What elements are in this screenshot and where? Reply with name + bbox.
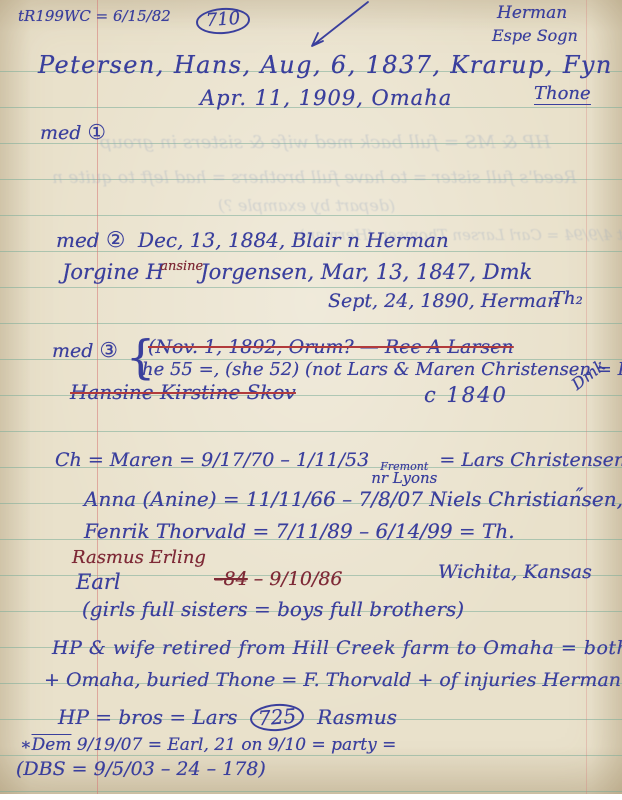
note-brothers-line: HP = bros = Lars 725 Rasmus	[58, 704, 397, 731]
circled-1: ①	[87, 120, 105, 144]
ghost-bleedthrough-line: Reed's full sister = to have full brothe…	[52, 168, 577, 188]
note-retired-line: HP & wife retired from Hill Creek farm t…	[52, 638, 622, 660]
earl-name-correction: Rasmus Erling	[72, 548, 206, 569]
child-anna-line: Anna (Anine) = 11/11/66 – 7/8/07 Niels C…	[84, 488, 622, 511]
arrow-annotation	[300, 0, 380, 54]
ditto-mark: ″	[576, 484, 583, 507]
place-annotation: Herman	[497, 4, 567, 24]
earl-place: Wichita, Kansas	[438, 562, 592, 584]
ghost-bleedthrough-line: HP & MS = full back med wife & sisters i…	[100, 132, 551, 153]
red-name-correction: ansine	[160, 259, 203, 274]
siblings-note: (girls full sisters = boys full brothers…	[82, 598, 464, 621]
ghost-bleedthrough-line: (depart by example ?)	[218, 196, 395, 215]
reference-code: tR199WC = 6/15/82	[18, 8, 171, 25]
page-number: 710	[195, 6, 251, 35]
child-earl-name: Earl	[76, 570, 121, 594]
marriage-3-detail-line: he 55 =, (she 52) (not Lars & Maren Chri…	[142, 360, 622, 381]
fremont-correction: Fremontnr Lyons	[371, 462, 437, 486]
parish-annotation: Espe Sogn	[492, 27, 578, 45]
child-maren-line: Ch = Maren = 9/17/70 – 1/11/53Fremontnr …	[55, 450, 622, 486]
cross-reference-circled: 725	[249, 702, 305, 733]
wife-2-cemetery-abbrev: Th₂	[552, 289, 583, 310]
dbs-source-line: (DBS = 9/5/03 – 24 – 178)	[16, 759, 266, 781]
subject-name-line: Petersen, Hans, Aug, 6, 1837, Krarup, Fy…	[38, 52, 613, 80]
wife-2-death-line: Sept, 24, 1890, Herman	[328, 291, 559, 313]
wife-3-struck-name: Hansine Kirstine Skov	[70, 381, 296, 404]
cemetery-note: Thone	[534, 84, 591, 105]
star-mark: ∗	[20, 735, 32, 755]
marriage-3-label: med ③	[52, 339, 118, 363]
earl-death-dates: –84 – 9/10/86	[214, 569, 343, 591]
marriage-1-label: med ①	[40, 121, 106, 145]
child-fenrik-line: Fenrik Thorvald = 7/11/89 – 6/14/99 = Th…	[84, 520, 515, 543]
wife-3-birth-year: c 1840	[424, 383, 508, 407]
circled-3: ③	[99, 338, 117, 362]
page-number-circled: 710	[196, 8, 250, 34]
marriage-3-struck-line: (Nov. 1, 1892, Orum? — Ree A Larsen	[148, 337, 514, 359]
subject-death-line: Apr. 11, 1909, Omaha	[200, 86, 452, 110]
marriage-2-line: med ② Dec, 13, 1884, Blair n Herman	[56, 229, 449, 254]
scanned-genealogy-note-page: HP & MS = full back med wife & sisters i…	[0, 0, 622, 800]
dem-note-line: ∗Dem 9/19/07 = Earl, 21 on 9/10 = party …	[20, 736, 396, 756]
note-buried-line: + Omaha, buried Thone = F. Thorvald + of…	[44, 670, 622, 692]
circled-2: ②	[106, 228, 125, 253]
wife-2-name-line: Jorgine HansineJorgensen, Mar, 13, 1847,…	[62, 260, 532, 284]
